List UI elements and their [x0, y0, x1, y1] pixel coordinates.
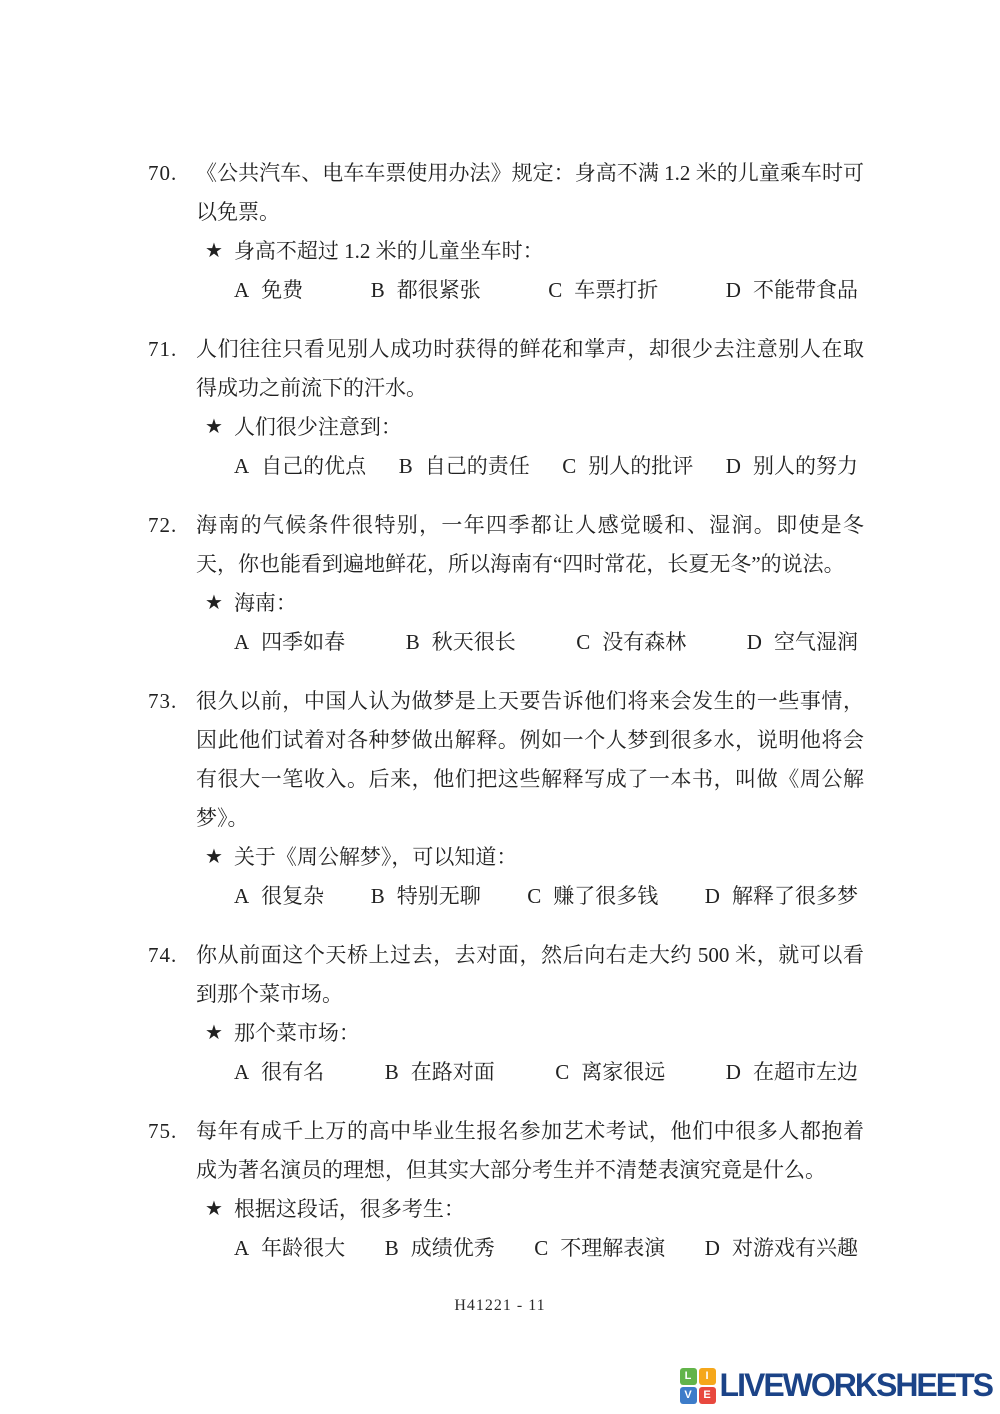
option-a[interactable]: A免费	[234, 271, 303, 310]
option-a[interactable]: A很复杂	[234, 877, 324, 916]
option-letter: A	[234, 884, 249, 908]
option-text: 离家很远	[581, 1060, 665, 1084]
question-star-line: ★ 身高不超过 1.2 米的儿童坐车时：	[205, 232, 864, 271]
question-options: A四季如春 B秋天很长 C没有森林 D空气湿润	[234, 623, 858, 662]
option-c[interactable]: C车票打折	[548, 271, 658, 310]
page-footer-code: H41221 - 11	[0, 1297, 1000, 1315]
passage-text: 你从前面这个天桥上过去，去对面，然后向右走大约 500 米，就可以看到那个菜市场…	[196, 943, 864, 1006]
passage-text: 《公共汽车、电车车票使用办法》规定：身高不满 1.2 米的儿童乘车时可以免票。	[196, 161, 864, 224]
option-text: 年龄很大	[261, 1236, 345, 1260]
question-passage: 75.每年有成千上万的高中毕业生报名参加艺术考试，他们中很多人都抱着成为著名演员…	[148, 1112, 864, 1190]
option-letter: D	[747, 630, 762, 654]
option-letter: C	[527, 884, 541, 908]
star-icon: ★	[205, 232, 223, 271]
option-text: 秋天很长	[432, 630, 516, 654]
question-options: A免费 B都很紧张 C车票打折 D不能带食品	[234, 271, 858, 310]
option-letter: A	[234, 1236, 249, 1260]
question-passage: 71.人们往往只看见别人成功时获得的鲜花和掌声，却很少去注意别人在取得成功之前流…	[148, 330, 864, 408]
star-text: 人们很少注意到：	[234, 408, 402, 447]
option-text: 解释了很多梦	[732, 884, 858, 908]
logo-tile-e: E	[699, 1387, 716, 1404]
option-d[interactable]: D对游戏有兴趣	[705, 1229, 858, 1268]
star-text: 身高不超过 1.2 米的儿童坐车时：	[234, 232, 544, 271]
option-text: 很有名	[261, 1060, 324, 1084]
option-letter: D	[705, 884, 720, 908]
option-b[interactable]: B成绩优秀	[385, 1229, 495, 1268]
option-text: 在路对面	[411, 1060, 495, 1084]
question-number: 74.	[148, 936, 177, 975]
option-text: 空气湿润	[774, 630, 858, 654]
star-icon: ★	[205, 584, 223, 623]
logo-tile-v: V	[680, 1387, 697, 1404]
option-letter: B	[399, 454, 413, 478]
logo-tile-i: I	[699, 1368, 716, 1385]
option-text: 很复杂	[261, 884, 324, 908]
option-letter: D	[726, 278, 741, 302]
option-text: 没有森林	[602, 630, 686, 654]
option-a[interactable]: A四季如春	[234, 623, 345, 662]
passage-text: 海南的气候条件很特别，一年四季都让人感觉暖和、湿润。即使是冬天，你也能看到遍地鲜…	[196, 513, 864, 576]
option-letter: C	[555, 1060, 569, 1084]
question-star-line: ★ 关于《周公解梦》，可以知道：	[205, 838, 864, 877]
option-letter: D	[726, 454, 741, 478]
option-letter: A	[234, 454, 249, 478]
star-icon: ★	[205, 1190, 223, 1229]
star-icon: ★	[205, 408, 223, 447]
question-star-line: ★ 海南：	[205, 584, 864, 623]
question-75: 75.每年有成千上万的高中毕业生报名参加艺术考试，他们中很多人都抱着成为著名演员…	[148, 1112, 864, 1268]
option-d[interactable]: D空气湿润	[747, 623, 858, 662]
option-d[interactable]: D解释了很多梦	[705, 877, 858, 916]
option-d[interactable]: D别人的努力	[726, 447, 858, 486]
option-b[interactable]: B秋天很长	[406, 623, 516, 662]
option-letter: C	[562, 454, 576, 478]
option-text: 成绩优秀	[411, 1236, 495, 1260]
option-b[interactable]: B特别无聊	[371, 877, 481, 916]
option-letter: A	[234, 278, 249, 302]
option-letter: D	[705, 1236, 720, 1260]
question-74: 74.你从前面这个天桥上过去，去对面，然后向右走大约 500 米，就可以看到那个…	[148, 936, 864, 1092]
question-star-line: ★ 那个菜市场：	[205, 1014, 864, 1053]
question-options: A自己的优点 B自己的责任 C别人的批评 D别人的努力	[234, 447, 858, 486]
option-text: 免费	[261, 278, 303, 302]
option-letter: B	[385, 1236, 399, 1260]
option-text: 在超市左边	[753, 1060, 858, 1084]
option-letter: A	[234, 630, 249, 654]
option-b[interactable]: B在路对面	[385, 1053, 495, 1092]
option-text: 特别无聊	[397, 884, 481, 908]
question-71: 71.人们往往只看见别人成功时获得的鲜花和掌声，却很少去注意别人在取得成功之前流…	[148, 330, 864, 486]
option-c[interactable]: C离家很远	[555, 1053, 665, 1092]
question-star-line: ★ 根据这段话，很多考生：	[205, 1190, 864, 1229]
question-options: A很复杂 B特别无聊 C赚了很多钱 D解释了很多梦	[234, 877, 858, 916]
option-c[interactable]: C不理解表演	[534, 1229, 665, 1268]
worksheet-body: 70.《公共汽车、电车车票使用办法》规定：身高不满 1.2 米的儿童乘车时可以免…	[148, 154, 864, 1288]
option-letter: B	[371, 278, 385, 302]
question-passage: 72.海南的气候条件很特别，一年四季都让人感觉暖和、湿润。即使是冬天，你也能看到…	[148, 506, 864, 584]
question-73: 73.很久以前，中国人认为做梦是上天要告诉他们将来会发生的一些事情，因此他们试着…	[148, 682, 864, 916]
question-options: A很有名 B在路对面 C离家很远 D在超市左边	[234, 1053, 858, 1092]
option-a[interactable]: A年龄很大	[234, 1229, 345, 1268]
option-letter: A	[234, 1060, 249, 1084]
logo-tile-l: L	[680, 1368, 697, 1385]
question-number: 73.	[148, 682, 177, 721]
option-d[interactable]: D不能带食品	[726, 271, 858, 310]
star-text: 海南：	[234, 584, 297, 623]
star-text: 根据这段话，很多考生：	[234, 1190, 465, 1229]
option-letter: C	[548, 278, 562, 302]
option-d[interactable]: D在超市左边	[726, 1053, 858, 1092]
star-text: 那个菜市场：	[234, 1014, 360, 1053]
question-number: 75.	[148, 1112, 177, 1151]
question-star-line: ★ 人们很少注意到：	[205, 408, 864, 447]
logo-text: LIVEWORKSHEETS	[720, 1367, 992, 1404]
question-number: 71.	[148, 330, 177, 369]
star-icon: ★	[205, 1014, 223, 1053]
option-b[interactable]: B都很紧张	[371, 271, 481, 310]
option-text: 别人的努力	[753, 454, 858, 478]
option-letter: C	[576, 630, 590, 654]
option-text: 自己的责任	[425, 454, 530, 478]
option-text: 都很紧张	[397, 278, 481, 302]
question-passage: 73.很久以前，中国人认为做梦是上天要告诉他们将来会发生的一些事情，因此他们试着…	[148, 682, 864, 838]
question-options: A年龄很大 B成绩优秀 C不理解表演 D对游戏有兴趣	[234, 1229, 858, 1268]
option-c[interactable]: C别人的批评	[562, 447, 693, 486]
question-70: 70.《公共汽车、电车车票使用办法》规定：身高不满 1.2 米的儿童乘车时可以免…	[148, 154, 864, 310]
option-letter: B	[406, 630, 420, 654]
option-text: 车票打折	[574, 278, 658, 302]
option-a[interactable]: A自己的优点	[234, 447, 366, 486]
option-text: 赚了很多钱	[553, 884, 658, 908]
option-text: 四季如春	[261, 630, 345, 654]
option-b[interactable]: B自己的责任	[399, 447, 530, 486]
star-icon: ★	[205, 838, 223, 877]
option-letter: B	[371, 884, 385, 908]
liveworksheets-logo[interactable]: L I V E LIVEWORKSHEETS	[680, 1367, 992, 1404]
option-letter: D	[726, 1060, 741, 1084]
question-72: 72.海南的气候条件很特别，一年四季都让人感觉暖和、湿润。即使是冬天，你也能看到…	[148, 506, 864, 662]
passage-text: 人们往往只看见别人成功时获得的鲜花和掌声，却很少去注意别人在取得成功之前流下的汗…	[196, 337, 864, 400]
option-text: 对游戏有兴趣	[732, 1236, 858, 1260]
option-c[interactable]: C赚了很多钱	[527, 877, 658, 916]
question-passage: 74.你从前面这个天桥上过去，去对面，然后向右走大约 500 米，就可以看到那个…	[148, 936, 864, 1014]
passage-text: 每年有成千上万的高中毕业生报名参加艺术考试，他们中很多人都抱着成为著名演员的理想…	[196, 1119, 864, 1182]
star-text: 关于《周公解梦》，可以知道：	[234, 838, 518, 877]
option-a[interactable]: A很有名	[234, 1053, 324, 1092]
question-passage: 70.《公共汽车、电车车票使用办法》规定：身高不满 1.2 米的儿童乘车时可以免…	[148, 154, 864, 232]
option-text: 自己的优点	[261, 454, 366, 478]
option-letter: B	[385, 1060, 399, 1084]
option-text: 不能带食品	[753, 278, 858, 302]
option-text: 不理解表演	[560, 1236, 665, 1260]
option-text: 别人的批评	[588, 454, 693, 478]
passage-text: 很久以前，中国人认为做梦是上天要告诉他们将来会发生的一些事情，因此他们试着对各种…	[196, 689, 864, 830]
option-letter: C	[534, 1236, 548, 1260]
question-number: 70.	[148, 154, 177, 193]
liveworksheets-logo-icon: L I V E	[680, 1368, 716, 1404]
question-number: 72.	[148, 506, 177, 545]
option-c[interactable]: C没有森林	[576, 623, 686, 662]
